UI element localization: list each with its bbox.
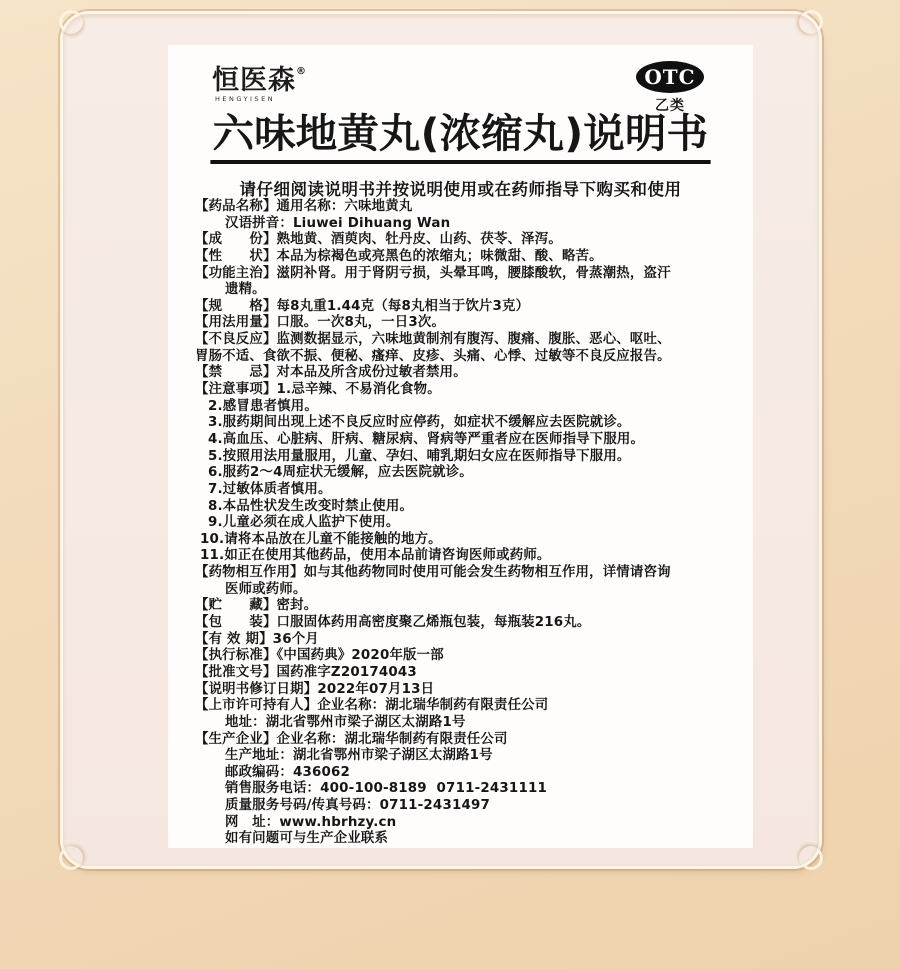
- read-notice: 请仔细阅读说明书并按说明使用或在药师指导下购买和使用: [168, 176, 753, 200]
- leaflet-line: 【规 格】每8丸重1.44克（每8丸相当于饮片3克）: [195, 299, 743, 316]
- leaflet-line: 【功能主治】滋阴补肾。用于肾阴亏损，头晕耳鸣，腰膝酸软，骨蒸潮热，盗汗: [195, 266, 743, 283]
- leaflet-line: 【注意事项】1.忌辛辣、不易消化食物。: [195, 382, 743, 399]
- leaflet-line: 【性 状】本品为棕褐色或亮黑色的浓缩丸；味微甜、酸、略苦。: [195, 249, 743, 266]
- leaflet-line: 【生产企业】企业名称：湖北瑞华制药有限责任公司: [195, 732, 743, 749]
- leaflet-paper: 恒医森® HENGYISEN OTC 乙类 六味地黄丸(浓缩丸)说明书 请仔细阅…: [168, 45, 753, 848]
- frame-corner-ornament: [799, 10, 824, 35]
- leaflet-line: 【说明书修订日期】2022年07月13日: [195, 682, 743, 699]
- leaflet-line: 11.如正在使用其他药品，使用本品前请咨询医师或药师。: [195, 548, 743, 565]
- leaflet-line: 7.过敏体质者慎用。: [195, 482, 743, 499]
- leaflet-line: 2.感冒患者慎用。: [195, 399, 743, 416]
- leaflet-line: 8.本品性状发生改变时禁止使用。: [195, 499, 743, 516]
- leaflet-line: 如有问题可与生产企业联系: [195, 831, 743, 848]
- leaflet-line: 【上市许可持有人】企业名称：湖北瑞华制药有限责任公司: [195, 698, 743, 715]
- leaflet-line: 汉语拼音：Liuwei Dihuang Wan: [195, 216, 743, 233]
- leaflet-line: 【执行标准】《中国药典》2020年版一部: [195, 648, 743, 665]
- otc-oval-icon: OTC: [636, 61, 704, 93]
- leaflet-line: 【禁 忌】对本品及所含成份过敏者禁用。: [195, 365, 743, 382]
- leaflet-line: 5.按照用法用量服用，儿童、孕妇、哺乳期妇女应在医师指导下服用。: [195, 449, 743, 466]
- screenshot-root: { "document": { "brand": { "name": "恒医森"…: [0, 0, 900, 969]
- title-wrapper: 六味地黄丸(浓缩丸)说明书: [168, 113, 753, 164]
- leaflet-line: 4.高血压、心脏病、肝病、糖尿病、肾病等严重者应在医师指导下服用。: [195, 432, 743, 449]
- leaflet-line: 【批准文号】国药准字Z20174043: [195, 665, 743, 682]
- otc-badge: OTC 乙类: [635, 61, 705, 115]
- frame-corner-ornament: [59, 846, 84, 871]
- leaflet-line: 【贮 藏】密封。: [195, 598, 743, 615]
- leaflet-line: 质量服务号码/传真号码：0711-2431497: [195, 798, 743, 815]
- page-title: 六味地黄丸(浓缩丸)说明书: [211, 113, 711, 164]
- leaflet-line: 医师或药师。: [195, 582, 743, 599]
- frame-corner-ornament: [59, 10, 84, 35]
- leaflet-line: 遗精。: [195, 282, 743, 299]
- leaflet-line: 6.服药2～4周症状无缓解，应去医院就诊。: [195, 465, 743, 482]
- leaflet-line: 【用法用量】口服。一次8丸，一日3次。: [195, 315, 743, 332]
- leaflet-line: 【不良反应】监测数据显示，六味地黄制剂有腹泻、腹痛、腹胀、恶心、呕吐、: [195, 332, 743, 349]
- leaflet-line: 邮政编码：436062: [195, 765, 743, 782]
- leaflet-line: 3.服药期间出现上述不良反应时应停药，如症状不缓解应去医院就诊。: [195, 415, 743, 432]
- leaflet-line: 【药品名称】通用名称：六味地黄丸: [195, 199, 743, 216]
- brand-romanized: HENGYISEN: [215, 96, 307, 103]
- leaflet-line: 【有 效 期】36个月: [195, 632, 743, 649]
- otc-label: OTC: [644, 65, 695, 89]
- leaflet-line: 【包 装】口服固体药用高密度聚乙烯瓶包装，每瓶装216丸。: [195, 615, 743, 632]
- leaflet-body: 【药品名称】通用名称：六味地黄丸汉语拼音：Liuwei Dihuang Wan【…: [195, 199, 743, 848]
- brand-name: 恒医森®: [212, 65, 307, 96]
- leaflet-line: 胃肠不适、食欲不振、便秘、瘙痒、皮疹、头痛、心悸、过敏等不良反应报告。: [195, 349, 743, 366]
- leaflet-line: 9.儿童必须在成人监护下使用。: [195, 515, 743, 532]
- frame-corner-ornament: [799, 846, 824, 871]
- leaflet-line: 销售服务电话：400-100-8189 0711-2431111: [195, 781, 743, 798]
- leaflet-line: 生产地址：湖北省鄂州市梁子湖区太湖路1号: [195, 748, 743, 765]
- leaflet-line: 地址：湖北省鄂州市梁子湖区太湖路1号: [195, 715, 743, 732]
- leaflet-line: 网 址：www.hbrhzy.cn: [195, 815, 743, 832]
- brand-logo: 恒医森® HENGYISEN: [212, 67, 307, 103]
- leaflet-line: 【成 份】熟地黄、酒萸肉、牡丹皮、山药、茯苓、泽泻。: [195, 232, 743, 249]
- registered-trademark-icon: ®: [296, 66, 307, 77]
- leaflet-line: 10.请将本品放在儿童不能接触的地方。: [195, 532, 743, 549]
- leaflet-line: 【药物相互作用】如与其他药物同时使用可能会发生药物相互作用，详情请咨询: [195, 565, 743, 582]
